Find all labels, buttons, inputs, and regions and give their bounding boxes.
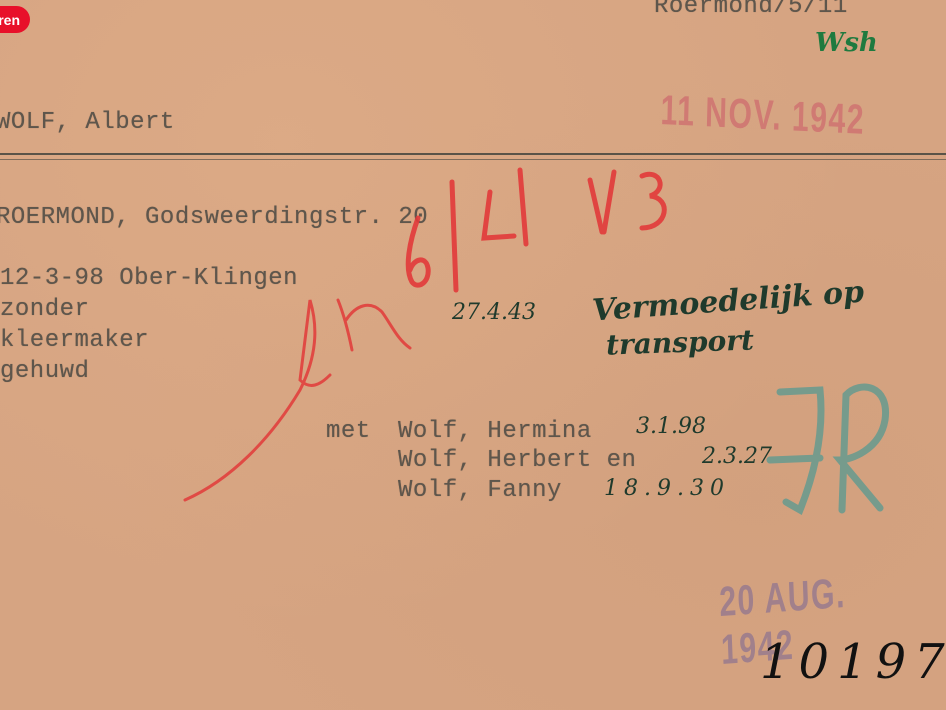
card-number: 10197 <box>760 634 946 690</box>
index-card: ren Roermond/5/11 Wsh 11 NOV. 1942 WOLF,… <box>0 0 946 710</box>
